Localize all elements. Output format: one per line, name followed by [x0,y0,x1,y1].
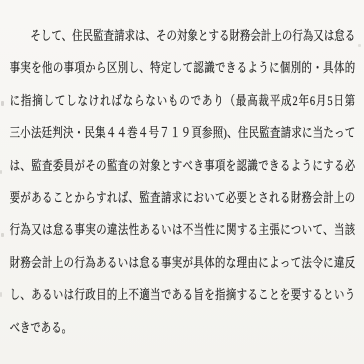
scan-artifact [0,170,2,174]
text-line: は、監査委員がその監査の対象とすべき事項を認識できるようにする必 [10,150,356,182]
scanned-document: { "document": { "language": "ja", "lines… [0,0,364,364]
text-line: べきである。 [10,312,356,344]
scan-artifact [1,101,4,106]
text-line: 要があることからすれば、監査請求において必要とされる財務会計上の [10,182,356,214]
scan-artifact [358,44,361,47]
scan-artifact [1,233,4,237]
text-line: 財務会計上の行為あるいは怠る事実が具体的な理由によって法令に違反 [10,247,356,279]
text-line: 三小法廷判決・民集４４巻４号７１９頁参照)、住民監査請求に当たって [10,117,356,149]
text-line: そして、住民監査請求は、その対象とする財務会計上の行為又は怠る [10,20,356,52]
text-line: 行為又は怠る事実の違法性あるいは不当性に関する主張について、当該 [10,214,356,246]
text-line: し、あるいは行政目的上不適当である旨を指摘することを要するという [10,279,356,311]
scan-artifact [0,292,2,297]
text-line: に指摘してしなければならないものであり（最高裁平成2年6月5日第 [10,85,356,117]
text-line: 事実を他の事項から区別し、特定して認識できるように個別的・具体的 [10,52,356,84]
document-page: そして、住民監査請求は、その対象とする財務会計上の行為又は怠る 事実を他の事項か… [0,0,364,364]
